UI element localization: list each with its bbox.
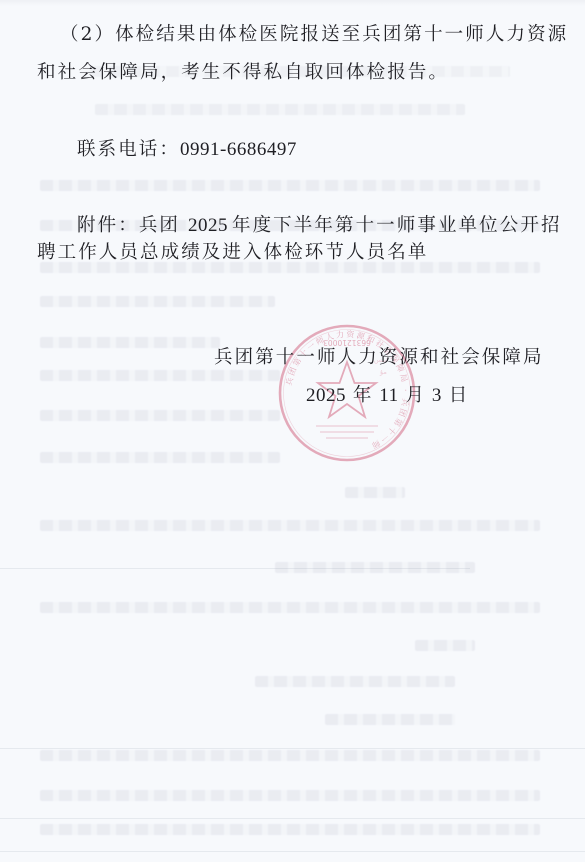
bleed-through-rule xyxy=(0,851,585,852)
attachment-label: 附件： xyxy=(77,215,139,236)
attachment-year: 2025 xyxy=(188,215,228,236)
date-day-unit: 日 xyxy=(449,385,469,406)
contact-line: 联系电话：0991-6686497 xyxy=(77,139,297,161)
bleed-through-text xyxy=(40,296,275,307)
document-page: （2）体检结果由体检医院报送至兵团第十一师人力资源 和社会保障局，考生不得私自取… xyxy=(0,0,585,862)
bleed-through-text xyxy=(415,640,475,651)
issuer-name: 兵团第十一师人力资源和社会保障局 xyxy=(214,347,544,369)
bleed-through-text xyxy=(325,714,455,725)
issue-date: 2025 年 11 月 3 日 xyxy=(306,385,468,407)
bleed-through-text xyxy=(40,180,540,191)
attachment-title: 年度下半年第十一师事业单位公开招 xyxy=(232,215,562,236)
attachment-prefix: 兵团 xyxy=(139,215,180,236)
bleed-through-text xyxy=(40,452,280,463)
bleed-through-rule xyxy=(0,748,585,749)
attachment-line-2: 聘工作人员总成绩及进入体检环节人员名单 xyxy=(37,242,428,264)
date-year: 2025 xyxy=(306,385,346,406)
svg-text:ﻣﯘ: ﻣﯘ xyxy=(379,368,387,376)
bleed-through-text xyxy=(40,790,540,801)
bleed-through-text xyxy=(40,520,540,531)
bleed-through-text xyxy=(40,410,280,421)
seal-code: 6631210003 xyxy=(323,338,371,347)
bleed-through-text xyxy=(40,337,220,348)
bleed-through-text xyxy=(255,676,455,687)
bleed-through-text xyxy=(40,370,280,381)
contact-phone: 0991-6686497 xyxy=(180,139,297,160)
date-month-unit: 月 xyxy=(405,385,425,406)
date-month: 11 xyxy=(379,385,398,406)
contact-label: 联系电话： xyxy=(77,139,180,160)
date-year-unit: 年 xyxy=(353,385,373,406)
bleed-through-rule xyxy=(0,818,585,819)
item-2-line-2: 和社会保障局，考生不得私自取回体检报告。 xyxy=(37,62,449,84)
attachment-line-1: 附件：兵团 2025 年度下半年第十一师事业单位公开招 xyxy=(77,215,562,237)
bleed-through-text xyxy=(40,824,540,835)
bleed-through-text xyxy=(40,750,540,761)
bleed-through-text xyxy=(40,602,540,613)
item-2-line-1: （2）体检结果由体检医院报送至兵团第十一师人力资源 xyxy=(60,24,568,46)
bleed-through-text xyxy=(95,104,465,115)
bleed-through-text xyxy=(345,487,405,498)
bleed-through-rule xyxy=(0,568,470,569)
date-day: 3 xyxy=(432,385,442,406)
